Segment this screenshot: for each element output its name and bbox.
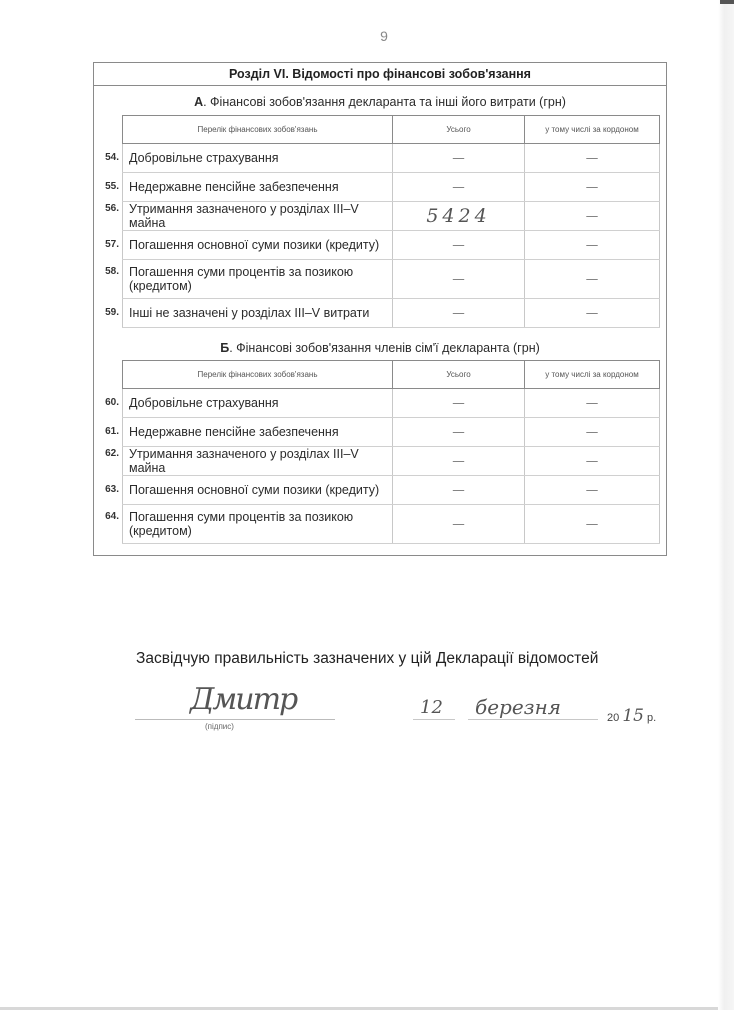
year-suffix: 15 <box>622 706 644 726</box>
part-b-title: Б. Фінансові зобов'язання членів сім'ї д… <box>94 341 666 355</box>
liability-name: Інші не зазначені у розділах III–V витра… <box>129 306 369 320</box>
abroad-value: — <box>525 505 660 544</box>
row-number: 64. <box>97 510 119 524</box>
date-year: 20 15 р. <box>607 706 656 726</box>
liability-name: Погашення основної суми позики (кредиту) <box>129 483 379 497</box>
liability-name-cell: 58.Погашення суми процентів за позикою (… <box>123 260 393 299</box>
abroad-value: — <box>525 447 660 476</box>
abroad-value: — <box>525 260 660 299</box>
column-header-liability: Перелік фінансових зобов'язань <box>123 116 393 144</box>
liability-name: Недержавне пенсійне забезпечення <box>129 425 339 439</box>
liability-name: Утримання зазначеного у розділах III–V м… <box>129 447 359 475</box>
liability-name-cell: 64.Погашення суми процентів за позикою (… <box>123 505 393 544</box>
row-number: 55. <box>97 180 119 194</box>
table-row: 63.Погашення основної суми позики (креди… <box>123 476 660 505</box>
total-value: — <box>393 299 525 328</box>
part-b-title-text: . Фінансові зобов'язання членів сім'ї де… <box>229 341 540 355</box>
signature-line <box>135 719 335 720</box>
liability-name-cell: 57.Погашення основної суми позики (креди… <box>123 231 393 260</box>
column-header-abroad: у тому числі за кордоном <box>525 361 660 389</box>
table-header-row: Перелік фінансових зобов'язань Усього у … <box>123 116 660 144</box>
part-b-table: Перелік фінансових зобов'язань Усього у … <box>122 360 660 544</box>
date-day-line <box>413 719 455 720</box>
date-day: 12 <box>420 697 443 718</box>
total-value: — <box>393 231 525 260</box>
row-number: 56. <box>97 202 119 216</box>
abroad-value: — <box>525 299 660 328</box>
part-a-letter: А <box>194 95 203 109</box>
liability-name-cell: 54.Добровільне страхування <box>123 144 393 173</box>
table-row: 58.Погашення суми процентів за позикою (… <box>123 260 660 299</box>
table-row: 62.Утримання зазначеного у розділах III–… <box>123 447 660 476</box>
row-number: 62. <box>97 447 119 461</box>
total-value: — <box>393 144 525 173</box>
total-value: — <box>393 418 525 447</box>
total-value: — <box>393 389 525 418</box>
liability-name: Погашення суми процентів за позикою (кре… <box>129 510 353 538</box>
row-number: 54. <box>97 151 119 165</box>
abroad-value: — <box>525 231 660 260</box>
liability-name-cell: 59.Інші не зазначені у розділах III–V ви… <box>123 299 393 328</box>
section-title: Розділ VI. Відомості про фінансові зобов… <box>94 63 666 86</box>
page-number: 9 <box>0 28 734 44</box>
row-number: 63. <box>97 483 119 497</box>
liability-name: Утримання зазначеного у розділах III–V м… <box>129 202 359 230</box>
date-month: березня <box>475 695 561 719</box>
date-month-line <box>468 719 598 720</box>
table-row: 55.Недержавне пенсійне забезпечення—— <box>123 173 660 202</box>
column-header-liability: Перелік фінансових зобов'язань <box>123 361 393 389</box>
total-value: — <box>393 173 525 202</box>
part-a-table: Перелік фінансових зобов'язань Усього у … <box>122 115 660 328</box>
row-number: 61. <box>97 425 119 439</box>
liability-name: Погашення суми процентів за позикою (кре… <box>129 265 353 293</box>
total-value: — <box>393 447 525 476</box>
scan-corner-mark <box>720 0 734 4</box>
year-prefix: 20 <box>607 712 619 724</box>
table-row: 61.Недержавне пенсійне забезпечення—— <box>123 418 660 447</box>
section-vi-box: Розділ VI. Відомості про фінансові зобов… <box>93 62 667 556</box>
row-number: 60. <box>97 396 119 410</box>
total-value: — <box>393 505 525 544</box>
liability-name-cell: 61.Недержавне пенсійне забезпечення <box>123 418 393 447</box>
total-value: 5424 <box>393 202 525 231</box>
table-row: 60.Добровільне страхування—— <box>123 389 660 418</box>
liability-name: Недержавне пенсійне забезпечення <box>129 180 339 194</box>
abroad-value: — <box>525 202 660 231</box>
part-a-title: А. Фінансові зобов'язання декларанта та … <box>94 95 666 109</box>
part-a-title-text: . Фінансові зобов'язання декларанта та і… <box>203 95 566 109</box>
liability-name: Добровільне страхування <box>129 151 279 165</box>
attestation-statement: Засвідчую правильність зазначених у цій … <box>136 650 598 668</box>
scan-edge-shadow <box>718 0 734 1010</box>
column-header-total: Усього <box>393 361 525 389</box>
liability-name: Погашення основної суми позики (кредиту) <box>129 238 379 252</box>
signature-label: (підпис) <box>205 722 234 731</box>
liability-name-cell: 60.Добровільне страхування <box>123 389 393 418</box>
abroad-value: — <box>525 144 660 173</box>
abroad-value: — <box>525 173 660 202</box>
table-row: 64.Погашення суми процентів за позикою (… <box>123 505 660 544</box>
abroad-value: — <box>525 476 660 505</box>
liability-name-cell: 55.Недержавне пенсійне забезпечення <box>123 173 393 202</box>
table-row: 57.Погашення основної суми позики (креди… <box>123 231 660 260</box>
table-header-row: Перелік фінансових зобов'язань Усього у … <box>123 361 660 389</box>
liability-name: Добровільне страхування <box>129 396 279 410</box>
part-b-letter: Б <box>220 341 229 355</box>
abroad-value: — <box>525 418 660 447</box>
row-number: 58. <box>97 265 119 279</box>
year-unit: р. <box>647 712 656 724</box>
total-value: — <box>393 260 525 299</box>
row-number: 59. <box>97 306 119 320</box>
liability-name-cell: 63.Погашення основної суми позики (креди… <box>123 476 393 505</box>
row-number: 57. <box>97 238 119 252</box>
total-value: — <box>393 476 525 505</box>
handwritten-signature: Дмитр <box>190 682 296 717</box>
table-row: 54.Добровільне страхування—— <box>123 144 660 173</box>
table-row: 56.Утримання зазначеного у розділах III–… <box>123 202 660 231</box>
table-row: 59.Інші не зазначені у розділах III–V ви… <box>123 299 660 328</box>
abroad-value: — <box>525 389 660 418</box>
column-header-abroad: у тому числі за кордоном <box>525 116 660 144</box>
column-header-total: Усього <box>393 116 525 144</box>
liability-name-cell: 62.Утримання зазначеного у розділах III–… <box>123 447 393 476</box>
liability-name-cell: 56.Утримання зазначеного у розділах III–… <box>123 202 393 231</box>
